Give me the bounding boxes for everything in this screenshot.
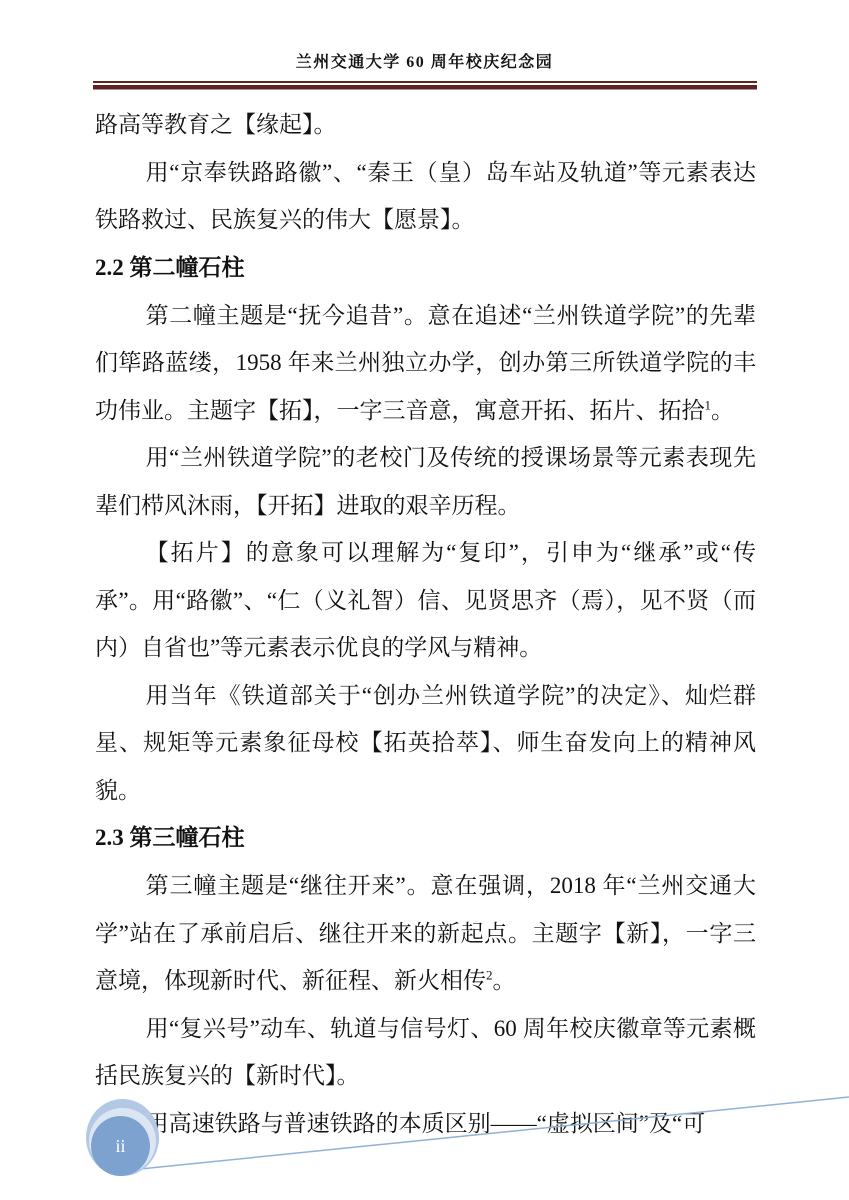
- document-page: 兰州交通大学 60 周年校庆纪念园 路高等教育之【缘起】。 用“京奉铁路路徽”、…: [0, 0, 849, 1200]
- section-heading-2-3: 2.3 第三幢石柱: [95, 814, 756, 862]
- page-number: ii: [115, 1136, 125, 1157]
- footer-circle-inner: ii: [91, 1116, 150, 1176]
- paragraph-ministry-decision: 用当年《铁道部关于“创办兰州铁道学院”的决定》、灿烂群星、规矩等元素象征母校【拓…: [95, 672, 756, 815]
- paragraph-pillar3-theme-text: 第三幢主题是“继往开来”。意在强调，2018 年“兰州交通大学”站在了承前启后、…: [95, 873, 756, 993]
- paragraph-vision: 用“京奉铁路路徽”、“秦王（皇）岛车站及轨道”等元素表达铁路救过、民族复兴的伟大…: [95, 149, 756, 244]
- paragraph-pillar2-theme-tail: 。: [711, 398, 734, 423]
- paragraph-highspeed-rail: 用高速铁路与普速铁路的本质区别——“虚拟区间”及“可: [95, 1100, 756, 1148]
- page-header-title: 兰州交通大学 60 周年校庆纪念园: [0, 49, 849, 72]
- header-rule: [93, 81, 757, 90]
- paragraph-pillar2-theme-text: 第二幢主题是“抚今追昔”。意在追述“兰州铁道学院”的先辈们筚路蓝缕，1958 年…: [95, 303, 756, 423]
- header-rule-thick-line: [93, 85, 757, 91]
- paragraph-rubbing: 【拓片】的意象可以理解为“复印”，引申为“继承”或“传承”。用“路徽”、“仁（义…: [95, 529, 756, 672]
- section-heading-2-2: 2.2 第二幢石柱: [95, 244, 756, 292]
- paragraph-pillar2-theme: 第二幢主题是“抚今追昔”。意在追述“兰州铁道学院”的先辈们筚路蓝缕，1958 年…: [95, 292, 756, 435]
- paragraph-pillar3-theme: 第三幢主题是“继往开来”。意在强调，2018 年“兰州交通大学”站在了承前启后、…: [95, 862, 756, 1005]
- document-body: 路高等教育之【缘起】。 用“京奉铁路路徽”、“秦王（皇）岛车站及轨道”等元素表达…: [95, 101, 756, 1147]
- paragraph-old-gate: 用“兰州铁道学院”的老校门及传统的授课场景等元素表现先辈们栉风沐雨，【开拓】进取…: [95, 434, 756, 529]
- paragraph-fuxing-train: 用“复兴号”动车、轨道与信号灯、60 周年校庆徽章等元素概括民族复兴的【新时代】…: [95, 1005, 756, 1100]
- paragraph-pillar3-theme-tail: 。: [493, 968, 516, 993]
- paragraph-continued: 路高等教育之【缘起】。: [95, 101, 756, 149]
